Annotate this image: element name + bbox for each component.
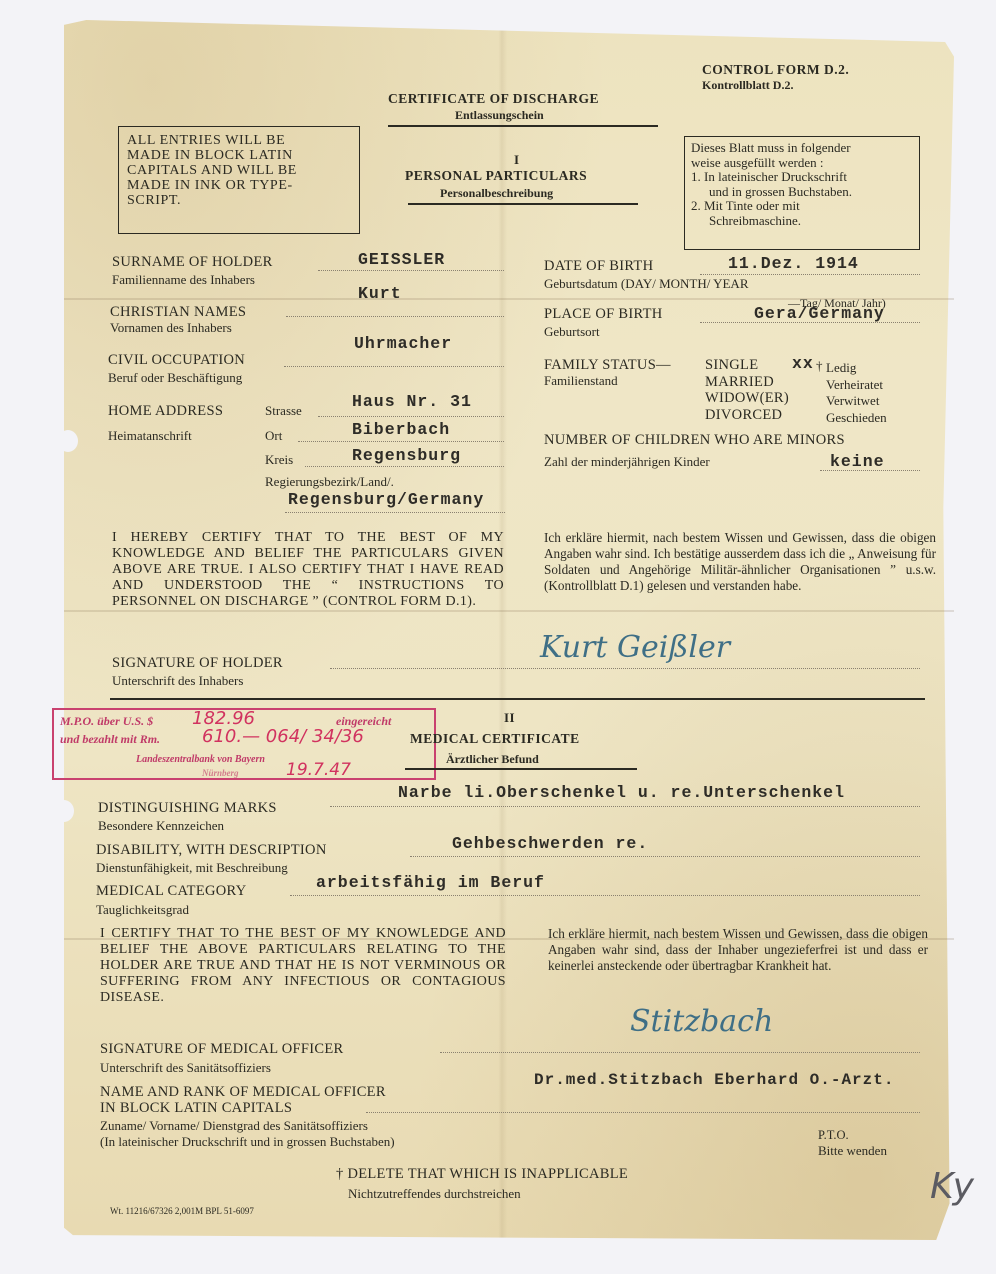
instructions-de: Dieses Blatt muss in folgender weise aus… [685,137,919,232]
children-value[interactable]: keine [830,452,885,471]
officer-label: NAME AND RANK OF MEDICAL OFFICER [100,1084,386,1101]
district-line [305,466,504,467]
status-widower[interactable]: WIDOW(ER) [705,390,789,407]
dob-label-de: Geburtsdatum (DAY/ MONTH/ YEAR [544,276,749,292]
family-status-options-de: Ledig Verheiratet Verwitwet Geschieden [826,360,887,426]
region-line [285,512,505,513]
status-single[interactable]: SINGLE [705,357,789,374]
fold-line [64,610,954,612]
section2-underline [405,768,637,770]
stamp-line1: M.P.O. über U.S. $ [60,714,153,729]
print-code: Wt. 11216/67326 2,001M BPL 51-6097 [110,1206,254,1216]
pob-label-de: Geburtsort [544,324,600,340]
dob-value[interactable]: 11.Dez. 1914 [728,254,859,273]
status-divorced[interactable]: DIVORCED [705,407,789,424]
town-value[interactable]: Biberbach [352,420,450,439]
medical-certification-de: Ich erkläre hiermit, nach bestem Wissen … [548,926,928,974]
section1-title-de: Personalbeschreibung [440,186,553,201]
officer-label-de: Zuname/ Vorname/ Dienstgrad des Sanitäts… [100,1118,368,1134]
officer-value[interactable]: Dr.med.Stitzbach Eberhard O.-Arzt. [534,1071,894,1089]
medical-certification-en: I CERTIFY THAT TO THE BEST OF MY KNOWLED… [100,926,506,1006]
punch-hole [54,800,74,822]
marks-label: DISTINGUISHING MARKS [98,800,277,817]
christian-names-label: CHRISTIAN NAMES [110,304,246,321]
page-title-de: Entlassungschein [455,108,544,123]
category-value[interactable]: arbeitsfähig im Beruf [316,873,545,892]
family-status-options: SINGLE MARRIED WIDOW(ER) DIVORCED [705,357,789,423]
disability-label: DISABILITY, WITH DESCRIPTION [96,842,327,859]
page-title: CERTIFICATE OF DISCHARGE [388,91,599,107]
dagger-mark: † [816,358,823,374]
status-married[interactable]: MARRIED [705,374,789,391]
marks-label-de: Besondere Kennzeichen [98,818,224,834]
surname-value[interactable]: GEISSLER [358,250,445,269]
medical-signature-label: SIGNATURE OF MEDICAL OFFICER [100,1041,344,1058]
christian-names-value[interactable]: Kurt [358,284,402,303]
dob-label: DATE OF BIRTH [544,258,653,275]
disability-value[interactable]: Gehbeschwerden re. [452,834,648,853]
control-form-label: CONTROL FORM D.2. [702,62,849,78]
instructions-box-en: ALL ENTRIES WILL BE MADE IN BLOCK LATIN … [118,126,360,234]
occupation-label: CIVIL OCCUPATION [108,352,245,369]
pob-value[interactable]: Gera/Germany [754,304,885,323]
children-label-de: Zahl der minderjährigen Kinder [544,454,710,470]
pob-line [700,322,920,323]
stamp-city: Nürnberg [202,768,239,778]
section2-title-de: Ärztlicher Befund [446,752,539,767]
bank-stamp: M.P.O. über U.S. $ 182.96 eingereicht un… [52,708,436,780]
occupation-value[interactable]: Uhrmacher [354,334,452,353]
children-label: NUMBER OF CHILDREN WHO ARE MINORS [544,432,845,449]
holder-signature-label: SIGNATURE OF HOLDER [112,655,283,672]
stamp-bank: Landeszentralbank von Bayern [136,754,265,765]
family-status-label-de: Familienstand [544,373,618,389]
category-line [290,895,920,896]
surname-line [318,270,504,271]
pob-label: PLACE OF BIRTH [544,306,663,323]
occupation-line [284,366,504,367]
street-label: Strasse [265,403,302,419]
section2-number: II [504,710,515,726]
address-label-de: Heimatanschrift [108,428,192,444]
town-line [298,441,504,442]
pto-label: P.T.O. [818,1128,849,1143]
delete-note-de: Nichtzutreffendes durchstreichen [348,1186,521,1202]
street-line [318,416,504,417]
holder-certification-en: I HEREBY CERTIFY THAT TO THE BEST OF MY … [112,530,504,610]
children-line [820,470,920,471]
category-label: MEDICAL CATEGORY [96,883,246,900]
disability-line [410,856,920,857]
district-value[interactable]: Regensburg [352,446,461,465]
section-divider [110,698,925,700]
surname-label-de: Familienname des Inhabers [112,272,255,288]
delete-note: † DELETE THAT WHICH IS INAPPLICABLE [336,1166,628,1183]
region-value[interactable]: Regensburg/Germany [288,490,484,509]
title-underline [388,125,658,127]
family-status-label: FAMILY STATUS— [544,357,671,374]
section2-title: MEDICAL CERTIFICATE [410,731,580,747]
stamp-line2: und bezahlt mit Rm. [60,732,160,747]
officer-line [366,1112,920,1113]
dob-line [700,274,920,275]
pto-label-de: Bitte wenden [818,1143,887,1159]
officer-label-de-2: (In lateinischer Druckschrift und in gro… [100,1134,395,1150]
holder-certification-de: Ich erkläre hiermit, nach bestem Wissen … [544,530,936,594]
medical-officer-signature[interactable]: Stitzbach [630,1004,773,1039]
medical-signature-line [440,1052,920,1053]
instructions-en: ALL ENTRIES WILL BE MADE IN BLOCK LATIN … [119,127,359,214]
officer-label-2: IN BLOCK LATIN CAPITALS [100,1100,292,1117]
section1-title: PERSONAL PARTICULARS [405,168,587,184]
section1-underline [408,203,638,205]
street-value[interactable]: Haus Nr. 31 [352,392,472,411]
medical-signature-label-de: Unterschrift des Sanitätsoffiziers [100,1060,271,1076]
control-form-label-de: Kontrollblatt D.2. [702,78,793,93]
address-label: HOME ADDRESS [108,403,223,420]
marks-value[interactable]: Narbe li.Oberschenkel u. re.Unterschenke… [398,783,845,802]
punch-hole [58,430,78,452]
town-label: Ort [265,428,282,444]
instructions-box-de: Dieses Blatt muss in folgender weise aus… [684,136,920,250]
status-mark: xx [792,354,814,373]
region-label: Regierungsbezirk/Land/. [265,474,394,490]
holder-signature[interactable]: Kurt Geißler [540,630,730,665]
christian-names-label-de: Vornamen des Inhabers [110,320,232,336]
stamp-date: 19.7.47 [286,760,351,780]
christian-names-line [286,316,504,317]
category-label-de: Tauglichkeitsgrad [96,902,189,918]
initials-mark: Ky [930,1166,974,1207]
disability-label-de: Dienstunfähigkeit, mit Beschreibung [96,860,288,876]
holder-signature-line [330,668,920,669]
stamp-amount-rm: 610.— 064/ 34/36 [202,726,364,747]
section1-number: I [514,152,520,168]
surname-label: SURNAME OF HOLDER [112,254,273,271]
marks-line [330,806,920,807]
holder-signature-label-de: Unterschrift des Inhabers [112,673,243,689]
district-label: Kreis [265,452,293,468]
occupation-label-de: Beruf oder Beschäftigung [108,370,242,386]
